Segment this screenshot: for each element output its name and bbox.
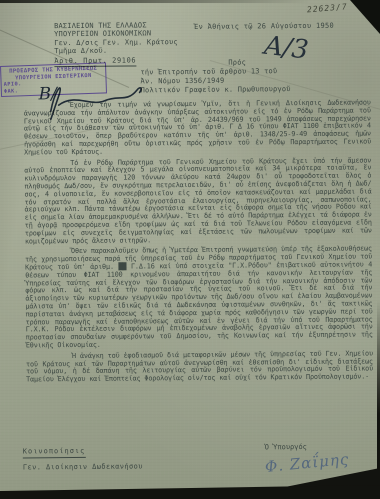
body-paragraph: Ὅθεν παρακαλοῦμεν ὅπως ἡ Ὑμετέρα Ἐπιτροπ… bbox=[25, 246, 373, 350]
body-paragraph: Τό ἐν Ρόδῳ Παράρτημα τοῦ Γενικοῦ Χημείου… bbox=[24, 157, 372, 246]
cc-recipient: Γεν. Διοίκησιν Δωδεκανήσου bbox=[23, 462, 143, 472]
dateline: Ἐν Ἀθήναις τῷ 26 Αὐγούστου 1950 bbox=[194, 22, 334, 31]
scanned-document: 22623/7 ΒΑΣΙΛΕΙΟΝ ΤΗΣ ΕΛΛΑΔΟΣ ΥΠΟΥΡΓΕΙΟΝ… bbox=[0, 0, 380, 499]
cc-label: Κοινοποίησις bbox=[23, 447, 86, 459]
recipient-block: Πρός τήν Ἐπιτροπήν τοῦ ἄρθρου 13 τοῦ Ἀν.… bbox=[140, 58, 290, 95]
letter-body: Ἔχομεν τήν τιμήν νά γνωρίσωμεν Ὑμῖν, ὅτι… bbox=[24, 99, 373, 387]
cc-block: Κοινοποίησις Γεν. Διοίκησιν Δωδεκανήσου bbox=[23, 446, 143, 472]
letterhead-line: Γεν. Δ/σις Γεν. Χημ. Κράτους bbox=[54, 38, 178, 47]
body-paragraph: Ἡ ἀνάγκη τοῦ ἐφοδιασμοῦ διά μεταφορικῶν … bbox=[26, 350, 373, 384]
archive-corner-number: 22623/7 bbox=[307, 2, 348, 14]
scan-corner-shadow bbox=[350, 0, 380, 34]
recipient-line: Πολιτικόν Γραφεῖον κ. Πρωθυπουργοῦ bbox=[141, 85, 291, 95]
scan-edge-shadow bbox=[0, 0, 354, 3]
body-paragraph: Ἔχομεν τήν τιμήν νά γνωρίσωμεν Ὑμῖν, ὅτι… bbox=[24, 99, 371, 157]
letterhead-line: Τμῆμα Δ/κοῦ. bbox=[54, 46, 178, 55]
